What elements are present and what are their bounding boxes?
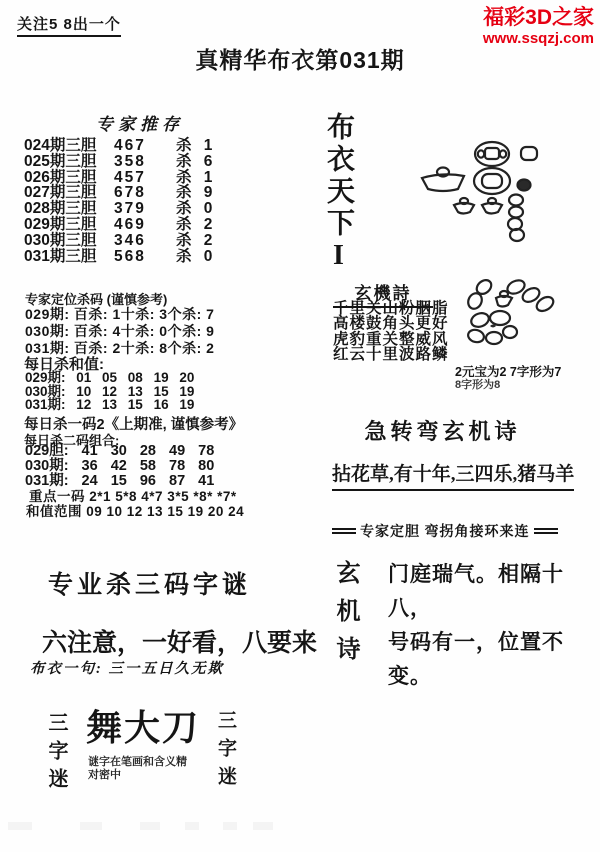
page-title: 真精华布衣第031期 <box>0 42 600 75</box>
row-dan: 467 <box>114 138 158 154</box>
chain-ring-icon <box>509 207 523 218</box>
row-kill: 杀 2 <box>176 217 216 233</box>
table-row: 031期三胆568杀 0 <box>24 249 216 265</box>
table-row: 025期三胆358杀 6 <box>24 154 216 170</box>
list-item: 030期: 10 12 13 15 19 <box>25 385 194 399</box>
three-char-riddle-answer: 舞大刀 <box>86 700 200 751</box>
row-issue: 030期三胆 <box>24 233 114 249</box>
scan-artifact <box>185 822 199 830</box>
scan-artifact <box>8 822 32 830</box>
three-char-riddle-left-label: 三字迷 <box>42 712 71 796</box>
xuanji-poem-lines: 千里关山粉胭脂 高楼鼓角头更好 虎豹重关整威风 红云十里波路鳞 <box>333 301 449 362</box>
coins-ingots-doodle <box>408 132 553 244</box>
row-dan: 379 <box>114 201 158 217</box>
row-dan: 678 <box>114 185 158 201</box>
poem-line: 门庭瑞气。相隔十八， <box>388 558 600 626</box>
lottery-sheet-page: 关注5 8出一个 福彩3D之家 www.ssqzj.com 真精华布衣第031期… <box>0 0 600 852</box>
row-dan: 568 <box>114 249 158 265</box>
divider-line-left-icon <box>332 528 356 534</box>
row-issue: 029期三胆 <box>24 217 114 233</box>
expert-recommend-table: 024期三胆467杀 1 025期三胆358杀 6 026期三胆457杀 1 0… <box>24 138 216 264</box>
row-issue: 024期三胆 <box>24 138 114 154</box>
buyi-one-sentence: 布衣一句: 三一五日久无欺 <box>30 657 224 678</box>
list-item: 029期: 百杀: 1十杀: 3个杀: 7 <box>25 306 214 323</box>
small-ring-icon <box>521 147 537 160</box>
list-item: 030期: 百杀: 4十杀: 0个杀: 9 <box>25 323 214 340</box>
row-issue: 031期三胆 <box>24 249 114 265</box>
list-item: 029胆: 41 30 28 49 78 <box>25 444 214 459</box>
scan-artifact <box>140 822 160 830</box>
position-kill-rows: 029期: 百杀: 1十杀: 3个杀: 7 030期: 百杀: 4十杀: 0个杀… <box>25 306 214 357</box>
row-dan: 469 <box>114 217 158 233</box>
kill-three-riddle-line: 六注意，一好看，八要来 <box>42 623 317 659</box>
table-row: 028期三胆379杀 0 <box>24 201 216 217</box>
row-kill: 杀 6 <box>176 154 216 170</box>
row-issue: 027期三胆 <box>24 185 114 201</box>
row-kill: 杀 2 <box>176 233 216 249</box>
table-row: 030期三胆346杀 2 <box>24 233 216 249</box>
row-issue: 028期三胆 <box>24 201 114 217</box>
sharp-turn-line: 拈花草,有十年,三四乐,猪马羊 <box>332 459 574 491</box>
xuanji-shi-vertical-label: 玄机诗 <box>328 560 363 674</box>
row-kill: 杀 0 <box>176 249 216 265</box>
poem-line: 高楼鼓角头更好 <box>333 316 449 331</box>
xuanji-shi-lines: 门庭瑞气。相隔十八， 号码有一，位置不变。 <box>388 558 600 694</box>
site-logo-name: 福彩3D之家 <box>483 6 594 30</box>
sharp-turn-header: 急转弯玄机诗 <box>330 415 555 446</box>
scan-artifact <box>80 822 102 830</box>
three-char-riddle-note: 谜字在笔画和含义精 对密中 <box>88 756 187 782</box>
row-dan: 457 <box>114 170 158 186</box>
poem-line: 千里关山粉胭脂 <box>333 301 449 316</box>
row-kill: 杀 9 <box>176 185 216 201</box>
table-row: 027期三胆678杀 9 <box>24 185 216 201</box>
expert-recommend-header: 专家推存 <box>70 110 210 135</box>
chain-coins-doodle <box>452 276 577 360</box>
doodle-caption-line2: 8字形为8 <box>455 376 500 392</box>
row-issue: 025期三胆 <box>24 154 114 170</box>
daily-two-code-rows: 029胆: 41 30 28 49 78 030期: 36 42 58 78 8… <box>25 444 214 489</box>
buyi-tianxia-vertical-title: 布衣天下I <box>318 112 358 275</box>
expert-dan-divider: 专家定胆 弯拐角接环来连 <box>332 521 556 541</box>
sum-range-line: 和值范围 09 10 12 13 15 19 20 24 <box>26 500 244 520</box>
kill-three-riddle-title: 专业杀三码字谜 <box>48 565 251 601</box>
scan-artifact <box>253 822 273 830</box>
divider-line-right-icon <box>534 528 558 534</box>
list-item: 031期: 12 13 15 16 19 <box>25 398 194 412</box>
note-line: 谜字在笔画和含义精 <box>88 756 187 769</box>
chain-ring-icon <box>509 195 523 206</box>
row-dan: 358 <box>114 154 158 170</box>
row-dan: 346 <box>114 233 158 249</box>
poem-line: 号码有一，位置不变。 <box>388 626 600 694</box>
table-row: 029期三胆469杀 2 <box>24 217 216 233</box>
poem-line: 红云十里波路鳞 <box>333 347 449 362</box>
daily-kill-sum-rows: 029期: 01 05 08 19 20 030期: 10 12 13 15 1… <box>25 371 194 412</box>
list-item: 030期: 36 42 58 78 80 <box>25 459 214 474</box>
note-line: 对密中 <box>88 769 187 782</box>
poem-line: 虎豹重关整威风 <box>333 332 449 347</box>
expert-dan-divider-text: 专家定胆 弯拐角接环来连 <box>360 521 530 541</box>
row-kill: 杀 0 <box>176 201 216 217</box>
scan-artifact <box>223 822 237 830</box>
list-item: 029期: 01 05 08 19 20 <box>25 371 194 385</box>
three-char-riddle-right-label: 三字迷 <box>212 710 239 794</box>
top-left-note: 关注5 8出一个 <box>17 13 121 37</box>
small-dark-coin-icon <box>518 180 531 191</box>
row-kill: 杀 1 <box>176 138 216 154</box>
table-row: 024期三胆467杀 1 <box>24 138 216 154</box>
